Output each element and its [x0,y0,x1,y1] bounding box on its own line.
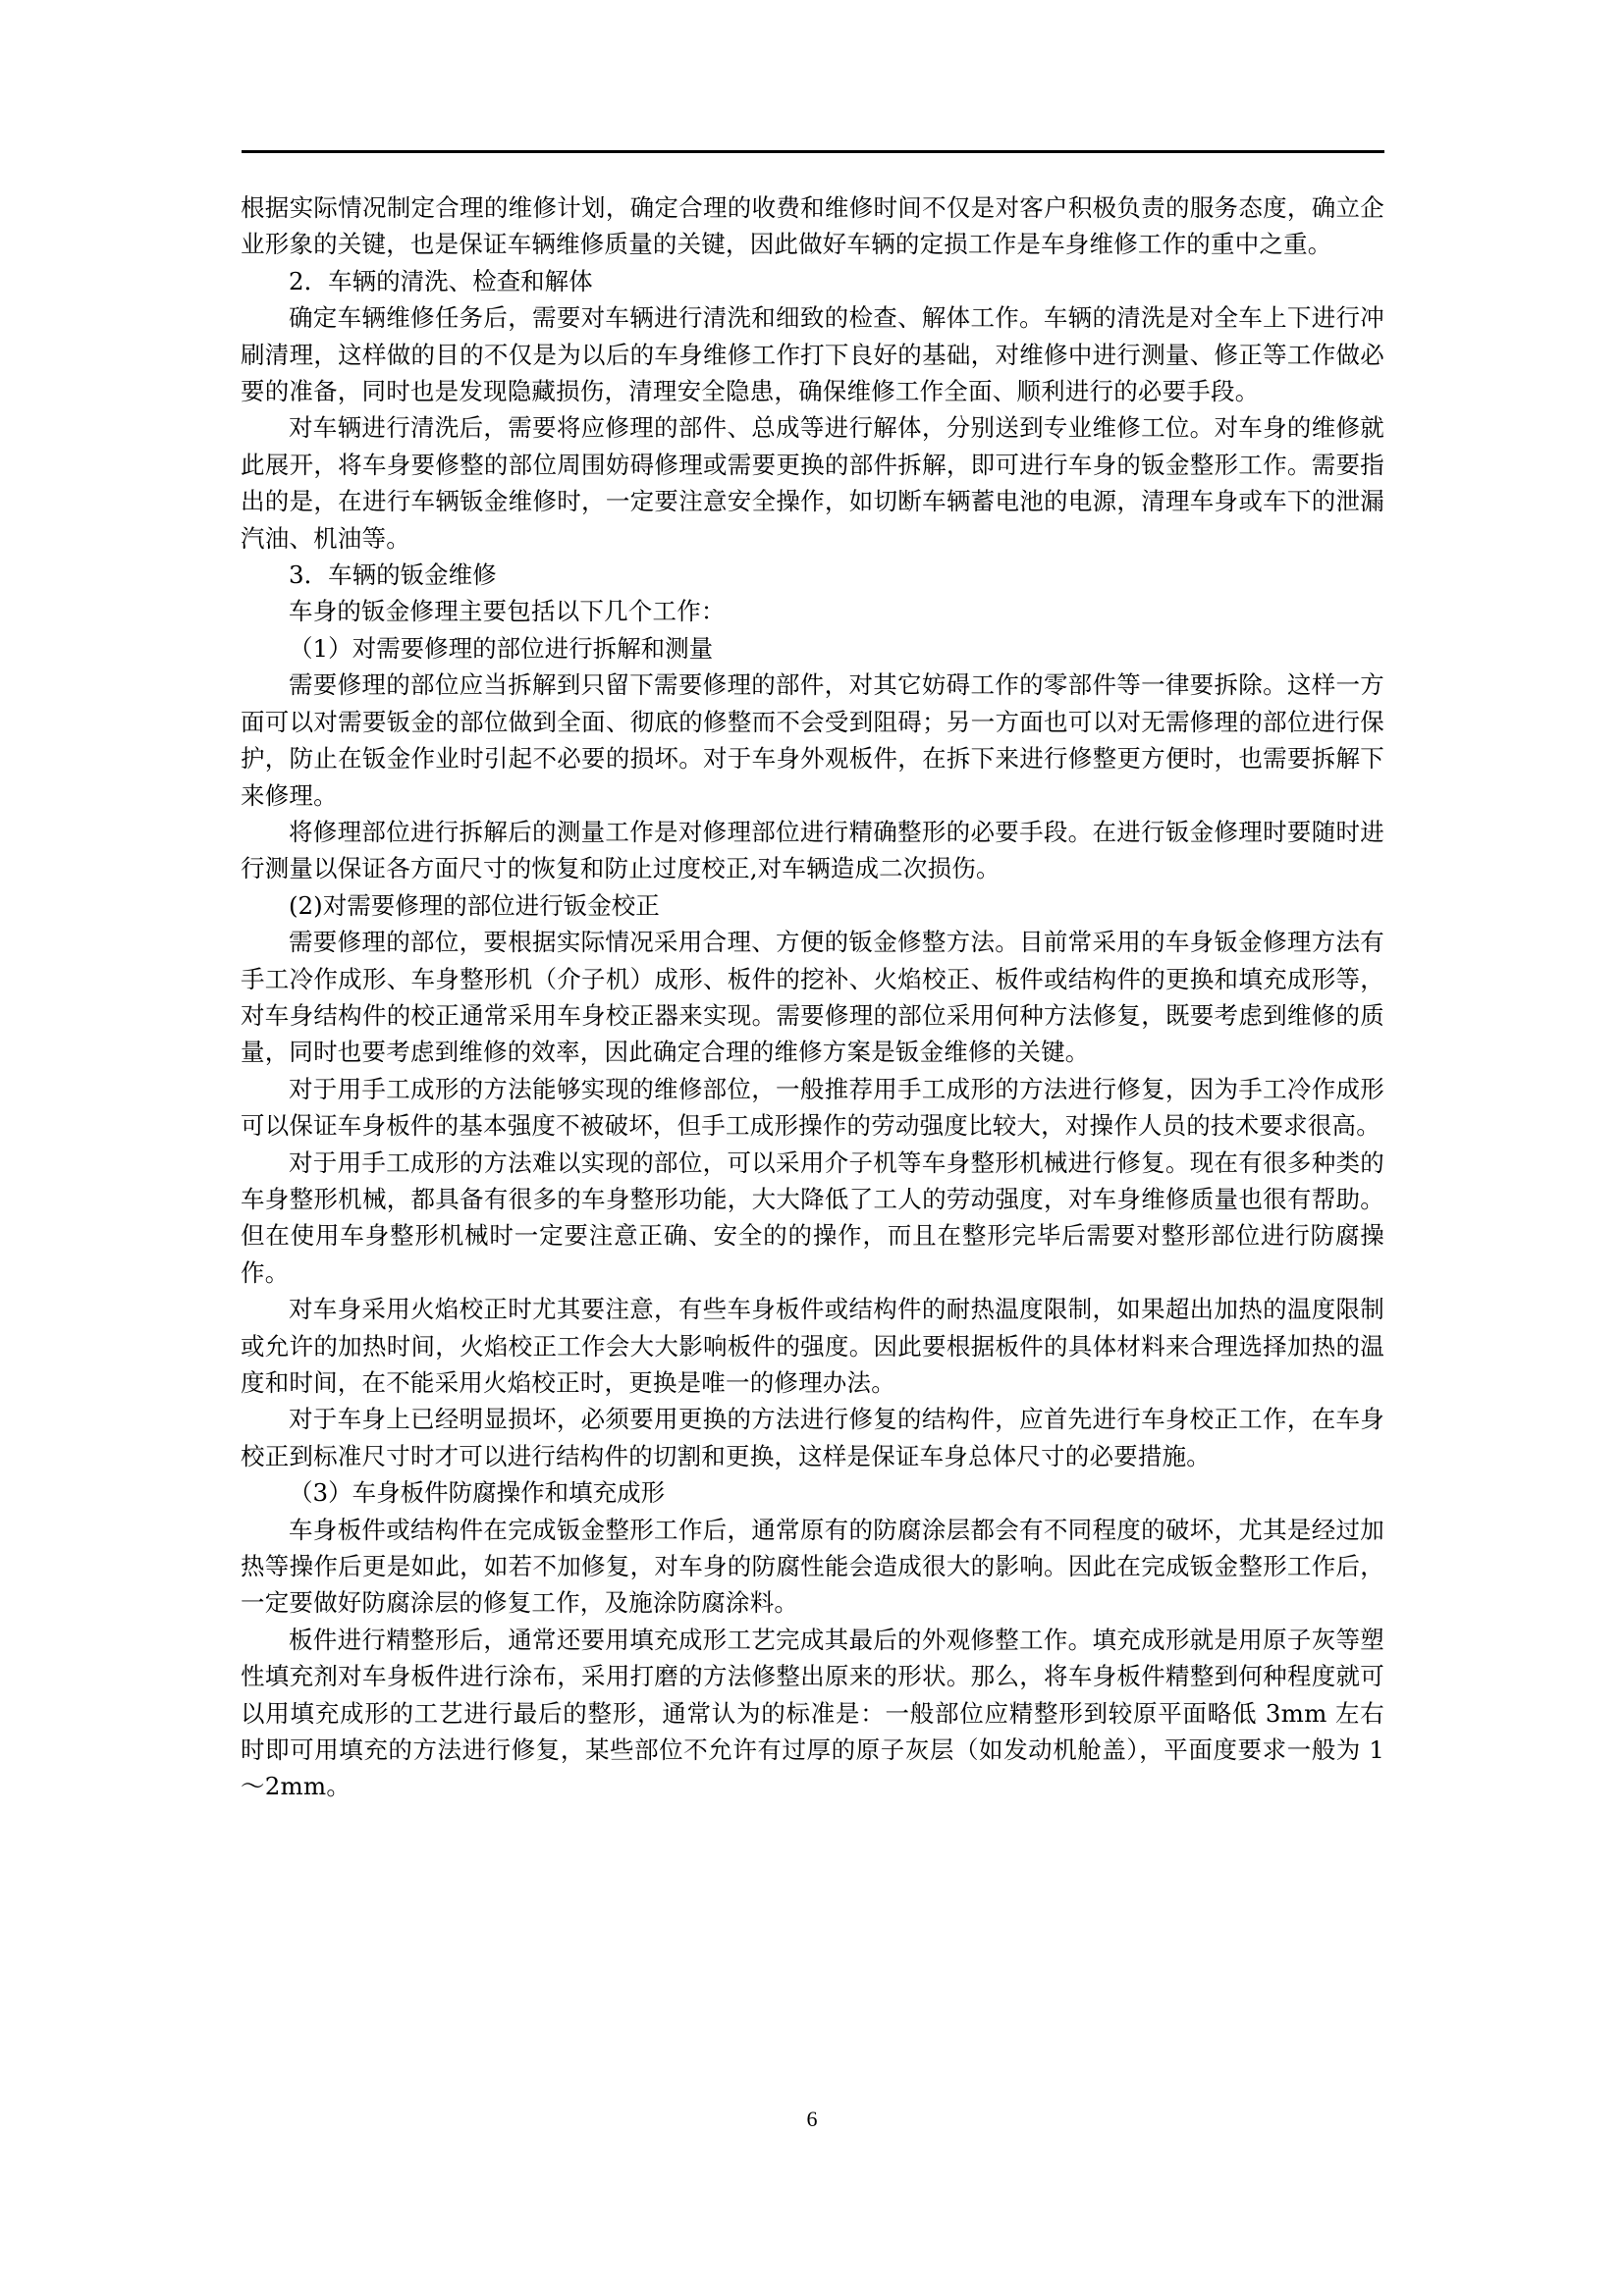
paragraph: 确定车辆维修任务后，需要对车辆进行清洗和细致的检查、解体工作。车辆的清洗是对全车… [241,299,1384,409]
paragraph: 板件进行精整形后，通常还要用填充成形工艺完成其最后的外观修整工作。填充成形就是用… [241,1622,1384,1805]
section-heading: 3．车辆的钣金维修 [241,557,1384,593]
header-rule [242,150,1384,153]
paragraph: 对于车身上已经明显损坏，必须要用更换的方法进行修复的结构件，应首先进行车身校正工… [241,1401,1384,1474]
paragraph: 将修理部位进行拆解后的测量工作是对修理部位进行精确整形的必要手段。在进行钣金修理… [241,814,1384,887]
page-body: 根据实际情况制定合理的维修计划，确定合理的收费和维修时间不仅是对客户积极负责的服… [241,189,1384,1805]
paragraph: 对于用手工成形的方法难以实现的部位，可以采用介子机等车身整形机械进行修复。现在有… [241,1145,1384,1292]
paragraph: 根据实际情况制定合理的维修计划，确定合理的收费和维修时间不仅是对客户积极负责的服… [241,189,1384,263]
subsection-heading: （3）车身板件防腐操作和填充成形 [241,1474,1384,1511]
paragraph: 对于用手工成形的方法能够实现的维修部位，一般推荐用手工成形的方法进行修复，因为手… [241,1071,1384,1145]
subsection-heading: （1）对需要修理的部位进行拆解和测量 [241,630,1384,667]
page-number: 6 [0,2107,1624,2132]
paragraph: 需要修理的部位应当拆解到只留下需要修理的部件，对其它妨碍工作的零部件等一律要拆除… [241,667,1384,814]
paragraph: 对车辆进行清洗后，需要将应修理的部件、总成等进行解体，分别送到专业维修工位。对车… [241,409,1384,557]
paragraph: 车身板件或结构件在完成钣金整形工作后，通常原有的防腐涂层都会有不同程度的破坏，尤… [241,1512,1384,1622]
section-heading: 2．车辆的清洗、检查和解体 [241,263,1384,299]
subsection-heading: (2)对需要修理的部位进行钣金校正 [241,887,1384,924]
paragraph: 需要修理的部位，要根据实际情况采用合理、方便的钣金修整方法。目前常采用的车身钣金… [241,924,1384,1071]
paragraph: 车身的钣金修理主要包括以下几个工作： [241,593,1384,629]
paragraph: 对车身采用火焰校正时尤其要注意，有些车身板件或结构件的耐热温度限制，如果超出加热… [241,1291,1384,1401]
